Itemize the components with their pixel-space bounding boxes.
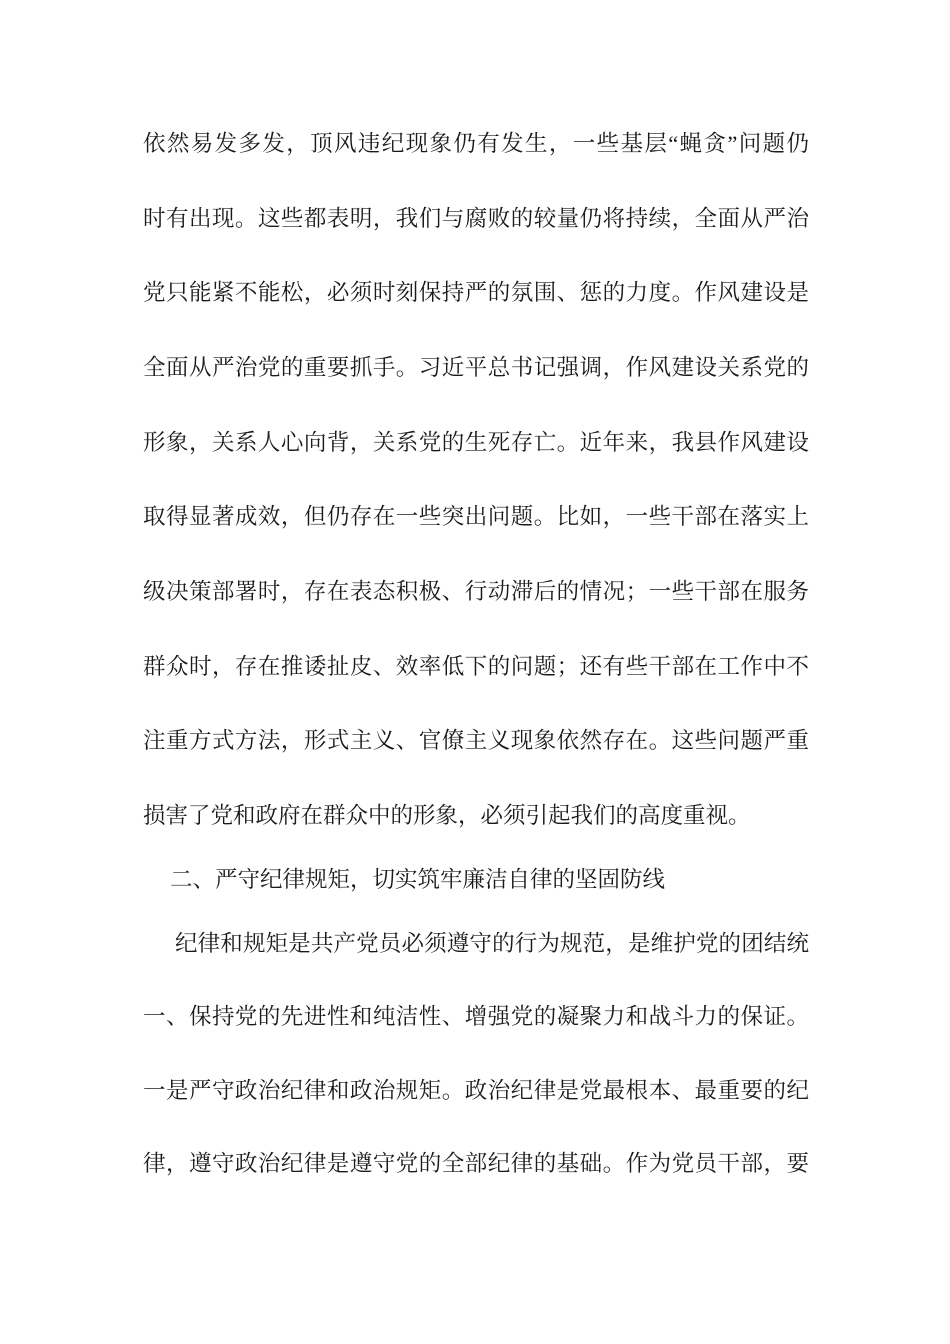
text-line: 级决策部署时，存在表态积极、行动滞后的情况；一些干部在服务 bbox=[143, 555, 809, 630]
text-line: 依然易发多发，顶风违纪现象仍有发生，一些基层“蝇贪”问题仍 bbox=[143, 107, 809, 182]
text-line: 全面从严治党的重要抓手。习近平总书记强调，作风建设关系党的 bbox=[143, 331, 809, 406]
text-line: 纪律和规矩是共产党员必须遵守的行为规范，是维护党的团结统 bbox=[143, 907, 809, 980]
text-line: 一是严守政治纪律和政治规矩。政治纪律是党最根本、最重要的纪 bbox=[143, 1054, 809, 1127]
text-line: 律，遵守政治纪律是遵守党的全部纪律的基础。作为党员干部，要 bbox=[143, 1127, 809, 1200]
second-paragraph: 纪律和规矩是共产党员必须遵守的行为规范，是维护党的团结统一、保持党的先进性和纯洁… bbox=[143, 907, 809, 1200]
text-line: 损害了党和政府在群众中的形象，必须引起我们的高度重视。 bbox=[143, 779, 809, 854]
text-line: 取得显著成效，但仍存在一些突出问题。比如，一些干部在落实上 bbox=[143, 480, 809, 555]
text-line: 一、保持党的先进性和纯洁性、增强党的凝聚力和战斗力的保证。 bbox=[143, 980, 809, 1053]
continued-paragraph: 依然易发多发，顶风违纪现象仍有发生，一些基层“蝇贪”问题仍时有出现。这些都表明，… bbox=[143, 107, 809, 854]
text-line: 时有出现。这些都表明，我们与腐败的较量仍将持续，全面从严治 bbox=[143, 182, 809, 257]
text-line: 注重方式方法，形式主义、官僚主义现象依然存在。这些问题严重 bbox=[143, 704, 809, 779]
text-line: 群众时，存在推诿扯皮、效率低下的问题；还有些干部在工作中不 bbox=[143, 630, 809, 705]
text-line: 党只能紧不能松，必须时刻保持严的氛围、惩的力度。作风建设是 bbox=[143, 256, 809, 331]
document-page: 依然易发多发，顶风违纪现象仍有发生，一些基层“蝇贪”问题仍时有出现。这些都表明，… bbox=[0, 0, 950, 1344]
section-heading: 二、严守纪律规矩，切实筑牢廉洁自律的坚固防线 bbox=[143, 849, 809, 911]
text-line: 形象，关系人心向背，关系党的生死存亡。近年来，我县作风建设 bbox=[143, 406, 809, 481]
